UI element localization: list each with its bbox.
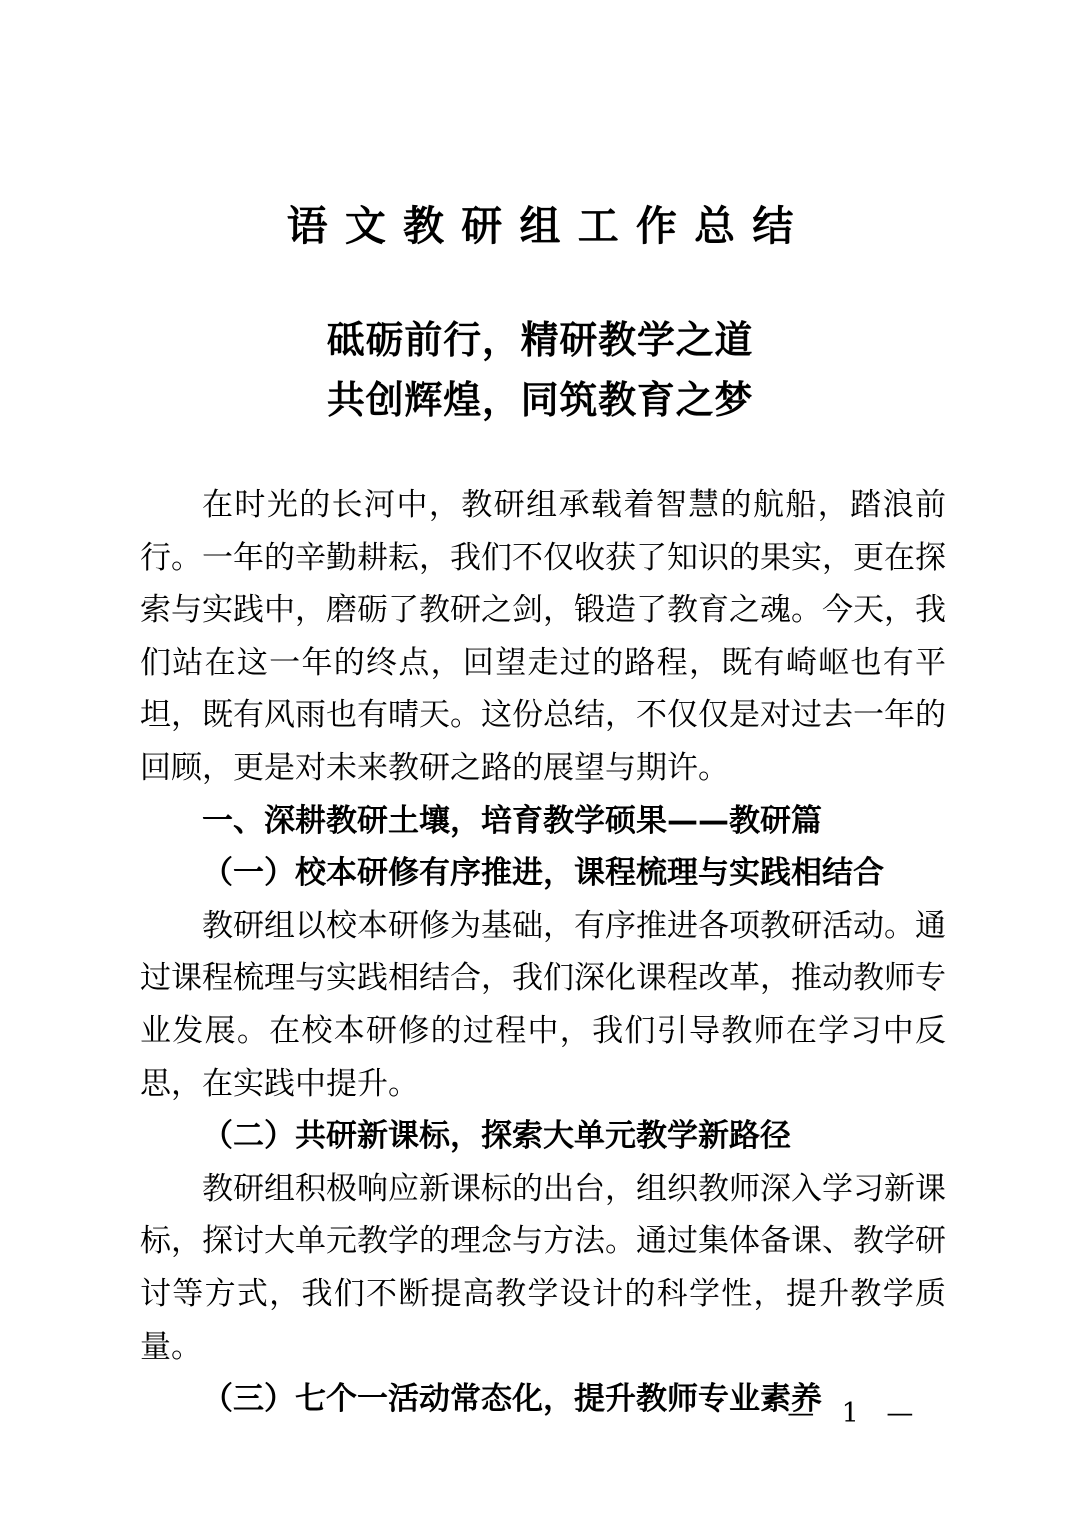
document-page: 语文教研组工作总结 砥砺前行，精研教学之道 共创辉煌，同筑教育之梦 在时光的长河… (0, 0, 1080, 1527)
section-heading: （二）共研新课标，探索大单元教学新路径 (140, 1110, 946, 1163)
section-heading: （一）校本研修有序推进，课程梳理与实践相结合 (140, 847, 946, 900)
paragraph: 在时光的长河中，教研组承载着智慧的航船，踏浪前行。一年的辛勤耕耘，我们不仅收获了… (140, 479, 946, 795)
section-heading: 一、深耕教研土壤，培育教学硕果——教研篇 (140, 795, 946, 848)
paragraph: 教研组以校本研修为基础，有序推进各项教研活动。通过课程梳理与实践相结合，我们深化… (140, 900, 946, 1110)
page-number: — 1 — (700, 1398, 1010, 1429)
document-subtitle-line-2: 共创辉煌，同筑教育之梦 (0, 370, 1080, 430)
document-subtitle-line-1: 砥砺前行，精研教学之道 (0, 310, 1080, 370)
document-subtitle: 砥砺前行，精研教学之道 共创辉煌，同筑教育之梦 (0, 310, 1080, 430)
document-body: 在时光的长河中，教研组承载着智慧的航船，踏浪前行。一年的辛勤耕耘，我们不仅收获了… (140, 479, 946, 1426)
paragraph: 教研组积极响应新课标的出台，组织教师深入学习新课标，探讨大单元教学的理念与方法。… (140, 1163, 946, 1373)
document-title: 语文教研组工作总结 (0, 193, 1080, 252)
